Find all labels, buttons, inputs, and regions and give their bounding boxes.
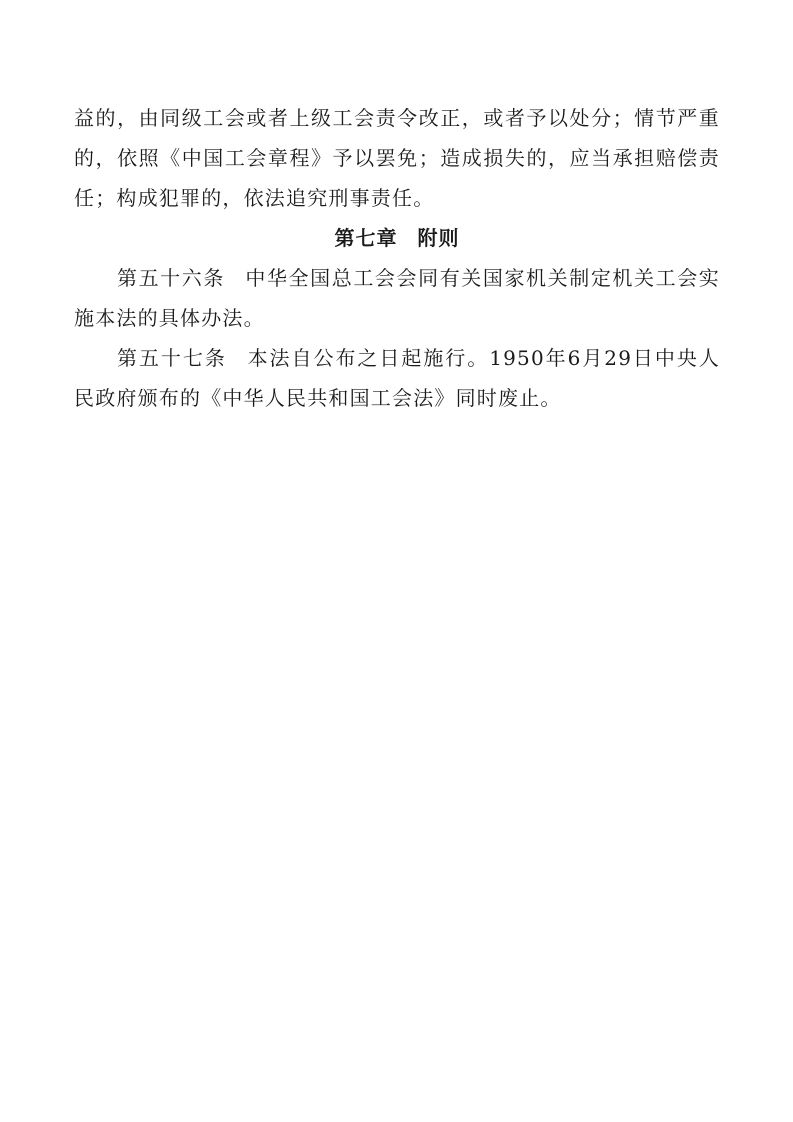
article-57: 第五十七条本法自公布之日起施行。1950年6月29日中央人民政府颁布的《中华人民… (74, 338, 720, 418)
article-number: 第五十七条 (117, 346, 227, 370)
chapter-number: 第七章 (335, 226, 398, 250)
continuation-paragraph: 益的，由同级工会或者上级工会责令改正，或者予以处分；情节严重的，依照《中国工会章… (74, 98, 720, 218)
article-56: 第五十六条中华全国总工会会同有关国家机关制定机关工会实施本法的具体办法。 (74, 258, 720, 338)
chapter-heading: 第七章附则 (74, 218, 720, 258)
chapter-title: 附则 (418, 226, 460, 250)
document-body: 益的，由同级工会或者上级工会责令改正，或者予以处分；情节严重的，依照《中国工会章… (74, 98, 720, 418)
document-page: 益的，由同级工会或者上级工会责令改正，或者予以处分；情节严重的，依照《中国工会章… (0, 0, 793, 1122)
article-number: 第五十六条 (117, 266, 225, 290)
